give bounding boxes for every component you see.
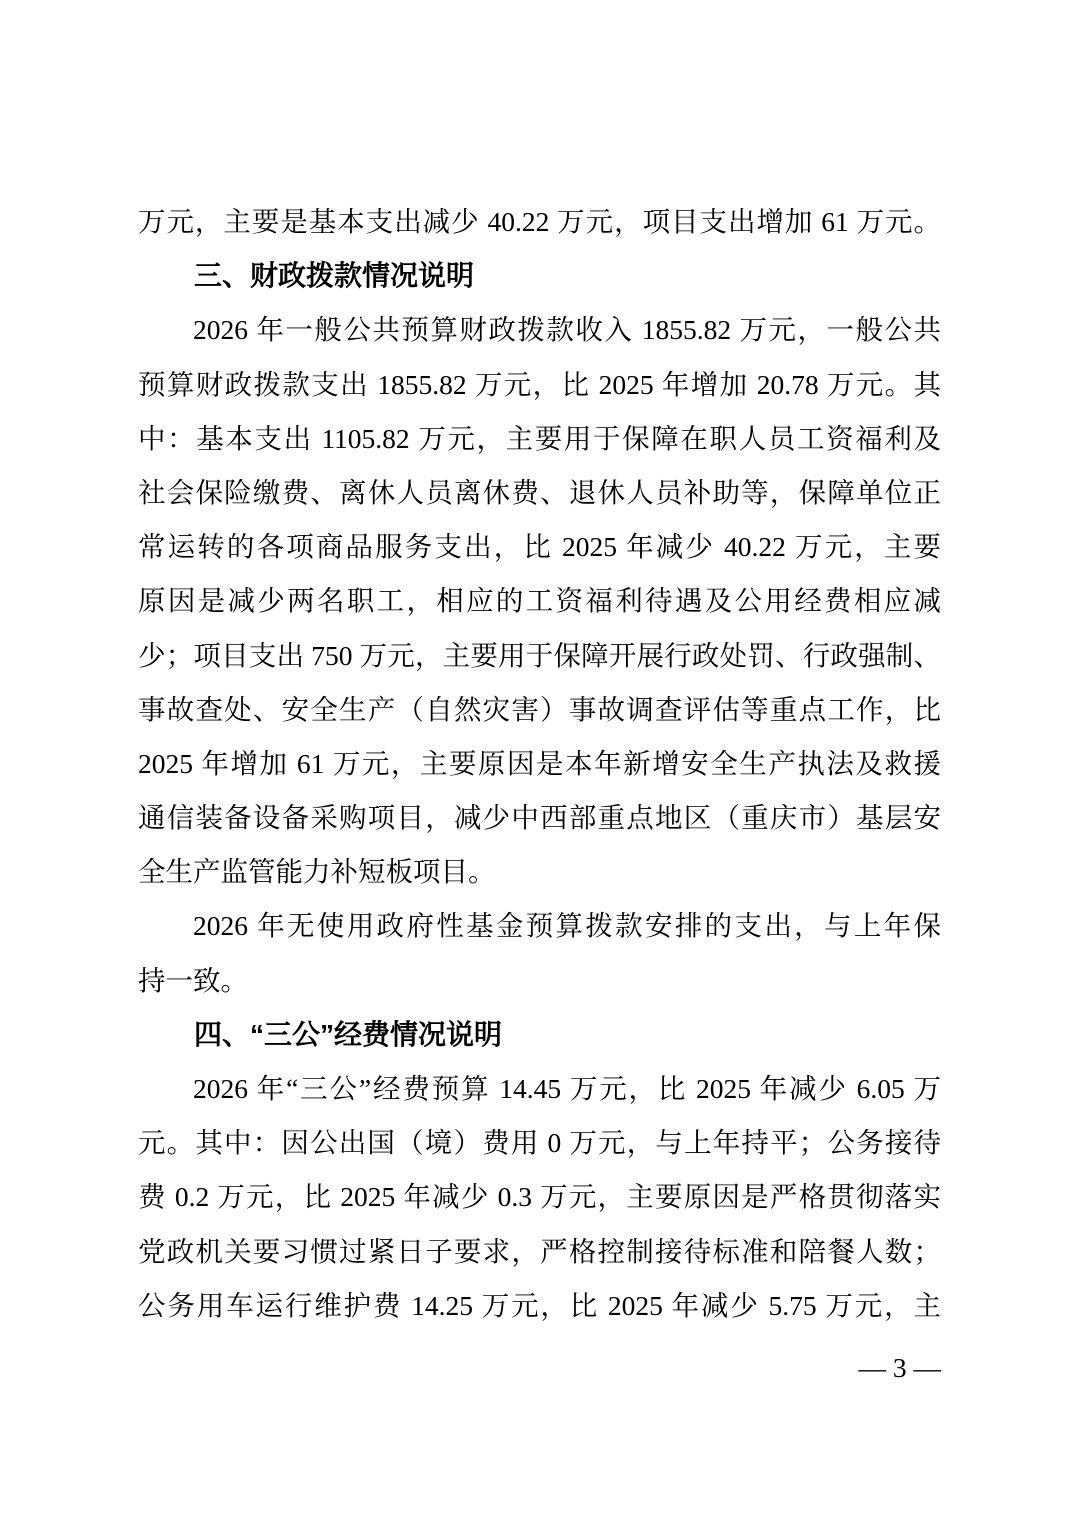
text-line: 预算财政拨款支出 1855.82 万元，比 2025 年增加 20.78 万元。… — [138, 358, 941, 412]
section-heading-3: 三、财政拨款情况说明 — [138, 249, 941, 303]
text-line: 少；项目支出 750 万元，主要用于保障开展行政处罚、行政强制、 — [138, 629, 941, 683]
text-line: 事故查处、安全生产（自然灾害）事故调查评估等重点工作，比 — [138, 683, 941, 737]
page-content: 万元，主要是基本支出减少 40.22 万元，项目支出增加 61 万元。 三、财政… — [138, 195, 941, 1333]
section-heading-4: 四、“三公”经费情况说明 — [138, 1008, 941, 1062]
document-page: 万元，主要是基本支出减少 40.22 万元，项目支出增加 61 万元。 三、财政… — [0, 0, 1074, 1520]
page-footer: — 3 — — [859, 1351, 942, 1385]
text-line: 2026 年“三公”经费预算 14.45 万元，比 2025 年减少 6.05 … — [138, 1062, 941, 1116]
text-line: 公务用车运行维护费 14.25 万元，比 2025 年减少 5.75 万元，主 — [138, 1279, 941, 1333]
text-line: 党政机关要习惯过紧日子要求，严格控制接待标准和陪餐人数； — [138, 1225, 941, 1279]
text-line: 持一致。 — [138, 954, 941, 1008]
text-line: 原因是减少两名职工，相应的工资福利待遇及公用经费相应减 — [138, 574, 941, 628]
text-line: 全生产监管能力补短板项目。 — [138, 845, 941, 899]
text-line: 元。其中：因公出国（境）费用 0 万元，与上年持平；公务接待 — [138, 1116, 941, 1170]
text-line: 常运转的各项商品服务支出，比 2025 年减少 40.22 万元，主要 — [138, 520, 941, 574]
text-line: 万元，主要是基本支出减少 40.22 万元，项目支出增加 61 万元。 — [138, 195, 941, 249]
text-line: 2025 年增加 61 万元，主要原因是本年新增安全生产执法及救援 — [138, 737, 941, 791]
text-line: 2026 年无使用政府性基金预算拨款安排的支出，与上年保 — [138, 899, 941, 953]
text-line: 费 0.2 万元，比 2025 年减少 0.3 万元，主要原因是严格贯彻落实 — [138, 1170, 941, 1224]
page-number: — 3 — — [859, 1352, 942, 1383]
text-line: 通信装备设备采购项目，减少中西部重点地区（重庆市）基层安 — [138, 791, 941, 845]
text-line: 中：基本支出 1105.82 万元，主要用于保障在职人员工资福利及 — [138, 412, 941, 466]
text-line: 2026 年一般公共预算财政拨款收入 1855.82 万元，一般公共 — [138, 303, 941, 357]
text-line: 社会保险缴费、离休人员离休费、退休人员补助等，保障单位正 — [138, 466, 941, 520]
